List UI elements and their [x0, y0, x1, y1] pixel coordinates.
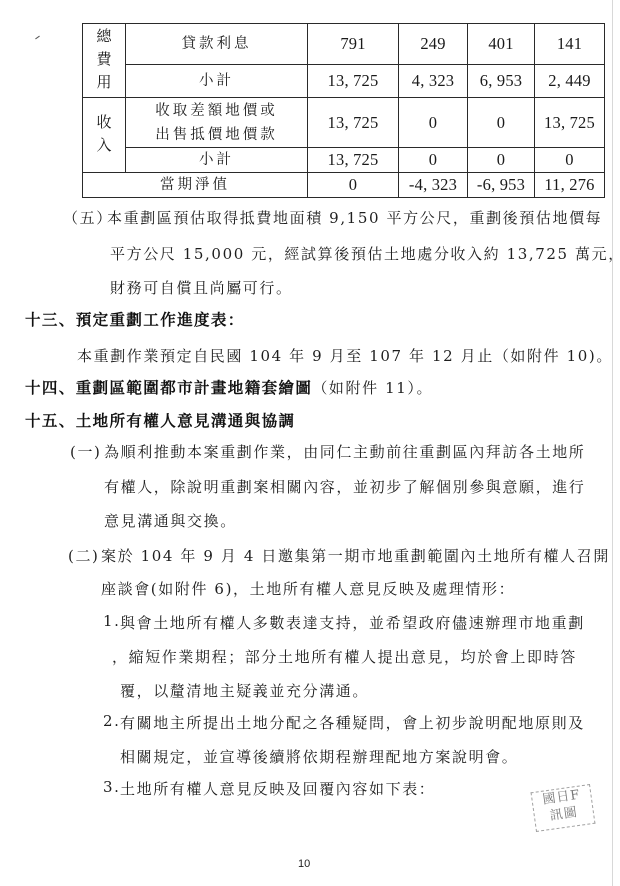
subitem-marker: 1.	[103, 612, 121, 630]
attachment-note: （如附件 11）。	[312, 379, 433, 397]
table-row: 小計 13, 725 0 0 0	[83, 148, 605, 173]
paragraph-line: 座談會(如附件 6)，土地所有權人意見反映及處理情形：	[101, 578, 515, 599]
section-heading-15: 十五、土地所有權人意見溝通與協調	[25, 409, 295, 431]
value-cell: 13, 725	[535, 98, 605, 148]
value-cell: 4, 323	[399, 65, 468, 98]
row-label: 收取差額地價或 出售抵價地價款	[126, 98, 308, 148]
value-cell: 0	[399, 148, 468, 173]
item-marker: （五）	[63, 207, 113, 228]
row-label-line: 出售抵價地價款	[126, 123, 307, 147]
row-label-line: 收取差額地價或	[126, 99, 307, 123]
value-cell: -4, 323	[399, 173, 468, 198]
paragraph-line: 覆，以釐清地主疑義並充分溝通。	[120, 680, 369, 701]
value-cell: 141	[535, 24, 605, 65]
paragraph-line: 相關規定，並宣導後續將依期程辦理配地方案說明會。	[120, 746, 518, 767]
table-row: 收 入 收取差額地價或 出售抵價地價款 13, 725 0 0 13, 725	[83, 98, 605, 148]
category-char: 總	[83, 26, 125, 49]
paragraph-line: 本重劃作業預定自民國 104 年 9 月至 107 年 12 月止（如附件 10…	[77, 345, 613, 366]
paragraph-line: 土地所有權人意見反映及回覆內容如下表：	[120, 778, 435, 799]
row-label: 小計	[126, 65, 308, 98]
value-cell: 401	[468, 24, 535, 65]
financial-table: 總 費 用 貸款利息 791 249 401 141 小計 13, 725 4,…	[82, 23, 605, 198]
category-char: 收	[83, 112, 125, 135]
paragraph-line: 為順利推動本案重劃作業，由同仁主動前往重劃區內拜訪各土地所	[104, 441, 585, 462]
value-cell: 0	[468, 98, 535, 148]
value-cell: 0	[535, 148, 605, 173]
category-char: 入	[83, 135, 125, 158]
paragraph-line: 有權人，除說明重劃案相關內容，並初步了解個別參與意願，進行	[104, 476, 585, 497]
item-marker: (一)	[70, 441, 102, 462]
section-heading-14: 十四、重劃區範圍都市計畫地籍套繪圖	[25, 378, 312, 397]
section-heading-14-row: 十四、重劃區範圍都市計畫地籍套繪圖（如附件 11）。	[25, 376, 433, 398]
paragraph-line: 意見溝通與交換。	[104, 510, 237, 531]
value-cell: 13, 725	[308, 65, 399, 98]
table-row: 當期淨值 0 -4, 323 -6, 953 11, 276	[83, 173, 605, 198]
paragraph-line: 有關地主所提出土地分配之各種疑問，會上初步說明配地原則及	[120, 712, 585, 733]
value-cell: 2, 449	[535, 65, 605, 98]
row-label: 當期淨值	[83, 173, 308, 198]
category-char: 費	[83, 49, 125, 72]
page-number: 10	[298, 858, 310, 870]
value-cell: 0	[468, 148, 535, 173]
subitem-marker: 2.	[103, 712, 121, 730]
value-cell: 13, 725	[308, 148, 399, 173]
row-label: 小計	[126, 148, 308, 173]
seal-stamp: 國日F 訊圖	[531, 784, 596, 832]
item-marker: (二)	[68, 545, 100, 566]
paragraph-line: 平方公尺 15,000 元，經試算後預估土地處分收入約 13,725 萬元，	[110, 243, 620, 264]
section-heading-13: 十三、預定重劃工作進度表：	[25, 308, 245, 330]
category-cell-income: 收 入	[83, 98, 126, 173]
subitem-marker: 3.	[103, 778, 121, 796]
value-cell: 13, 725	[308, 98, 399, 148]
paragraph-line: ，縮短作業期程；部分土地所有權人提出意見，均於會上即時答	[112, 646, 577, 667]
value-cell: 249	[399, 24, 468, 65]
paragraph-line: 財務可自償且尚屬可行。	[110, 277, 293, 298]
scan-speck	[35, 36, 40, 40]
scan-page-edge	[612, 0, 613, 886]
paragraph-line: 本重劃區預估取得抵費地面積 9,150 平方公尺，重劃後預估地價每	[107, 207, 602, 228]
value-cell: -6, 953	[468, 173, 535, 198]
paragraph-line: 案於 104 年 9 月 4 日邀集第一期市地重劃範圍內土地所有權人召開	[101, 545, 610, 566]
table-row: 總 費 用 貸款利息 791 249 401 141	[83, 24, 605, 65]
value-cell: 0	[399, 98, 468, 148]
value-cell: 0	[308, 173, 399, 198]
value-cell: 791	[308, 24, 399, 65]
category-char: 用	[83, 72, 125, 95]
value-cell: 6, 953	[468, 65, 535, 98]
value-cell: 11, 276	[535, 173, 605, 198]
category-cell-expenses: 總 費 用	[83, 24, 126, 98]
table-row: 小計 13, 725 4, 323 6, 953 2, 449	[83, 65, 605, 98]
paragraph-line: 與會土地所有權人多數表達支持，並希望政府儘速辦理市地重劃	[120, 612, 585, 633]
row-label: 貸款利息	[126, 24, 308, 65]
